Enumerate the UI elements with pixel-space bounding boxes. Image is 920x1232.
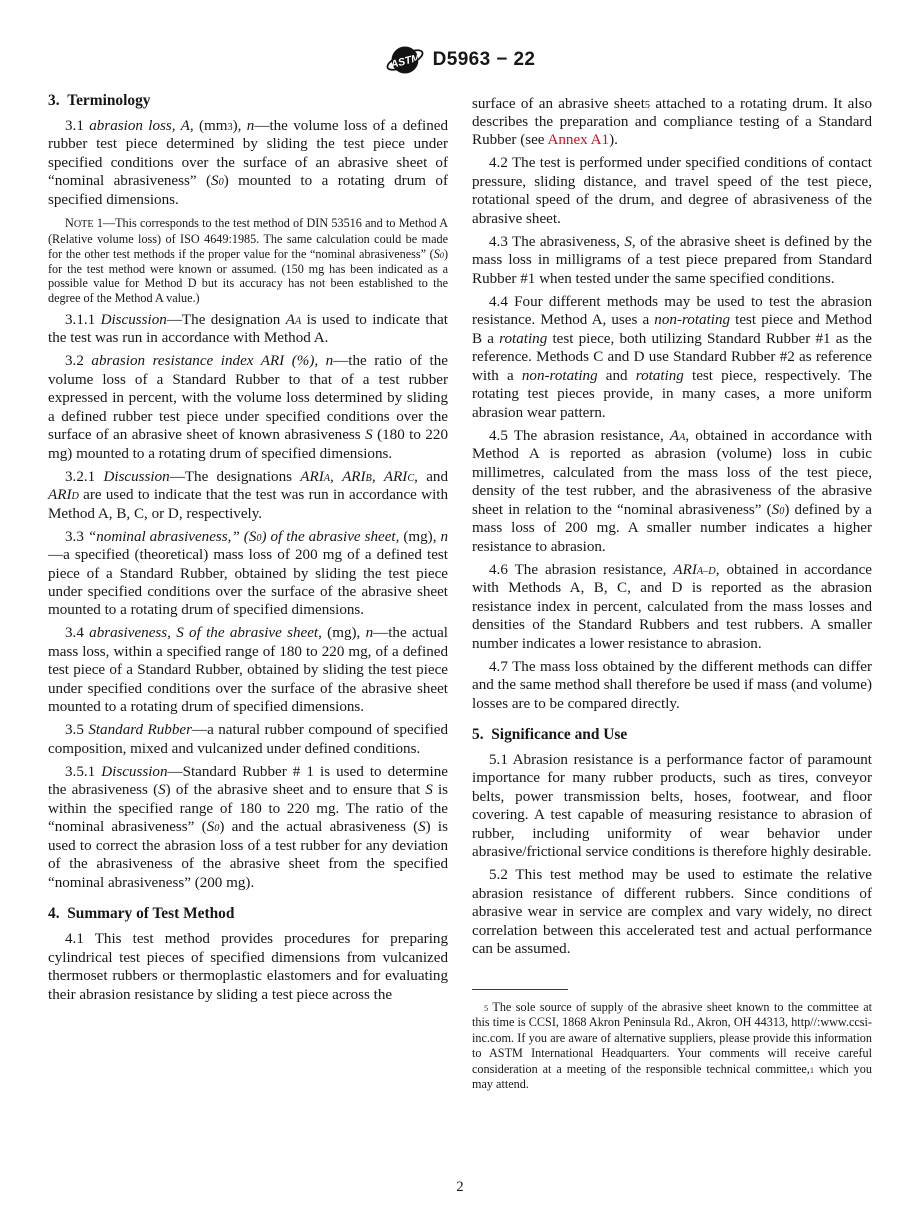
right-column: surface of an abrasive sheet5 attached t…: [472, 90, 872, 1093]
body-paragraph: 3.5.1 Discussion—Standard Rubber # 1 is …: [48, 763, 448, 892]
body-paragraph: 4.3 The abrasiveness, S, of the abrasive…: [472, 233, 872, 288]
page-number: 2: [0, 1179, 920, 1196]
section-heading: 4. Summary of Test Method: [48, 905, 448, 923]
body-paragraph: 3.4 abrasiveness, S of the abrasive shee…: [48, 624, 448, 716]
note-paragraph: NOTE 1—This corresponds to the test meth…: [48, 216, 448, 306]
body-paragraph-continued: surface of an abrasive sheet5 attached t…: [472, 95, 872, 150]
footnote-rule: [472, 989, 568, 990]
left-column: 3. Terminology3.1 abrasion loss, A, (mm3…: [48, 90, 448, 1093]
body-paragraph: 3.2.1 Discussion—The designations ARIA, …: [48, 468, 448, 523]
body-paragraph: 4.6 The abrasion resistance, ARIA–D, obt…: [472, 561, 872, 653]
body-paragraph: 3.2 abrasion resistance index ARI (%), n…: [48, 352, 448, 463]
document-body: 3. Terminology3.1 abrasion loss, A, (mm3…: [0, 90, 920, 1093]
body-paragraph: 4.5 The abrasion resistance, AA, obtaine…: [472, 427, 872, 556]
body-paragraph: 3.5 Standard Rubber—a natural rubber com…: [48, 721, 448, 758]
annex-a1-link[interactable]: Annex A1: [547, 132, 609, 148]
page-header: ASTM D5963 − 22: [0, 0, 920, 78]
body-paragraph: 4.1 This test method provides procedures…: [48, 930, 448, 1004]
body-paragraph: 3.3 “nominal abrasiveness,” (S0) of the …: [48, 528, 448, 620]
document-designation: D5963 − 22: [433, 49, 536, 71]
footnote-text: 5 The sole source of supply of the abras…: [472, 1000, 872, 1093]
body-paragraph: 4.7 The mass loss obtained by the differ…: [472, 658, 872, 713]
body-paragraph: 3.1.1 Discussion—The designation AA is u…: [48, 311, 448, 348]
body-paragraph: 4.2 The test is performed under specifie…: [472, 154, 872, 228]
section-heading: 3. Terminology: [48, 92, 448, 110]
body-paragraph: 5.1 Abrasion resistance is a performance…: [472, 751, 872, 862]
astm-logo-icon: ASTM: [385, 42, 425, 78]
section-heading: 5. Significance and Use: [472, 726, 872, 744]
body-paragraph: 3.1 abrasion loss, A, (mm3), n—the volum…: [48, 117, 448, 209]
body-paragraph: 4.4 Four different methods may be used t…: [472, 293, 872, 422]
body-paragraph: 5.2 This test method may be used to esti…: [472, 866, 872, 958]
